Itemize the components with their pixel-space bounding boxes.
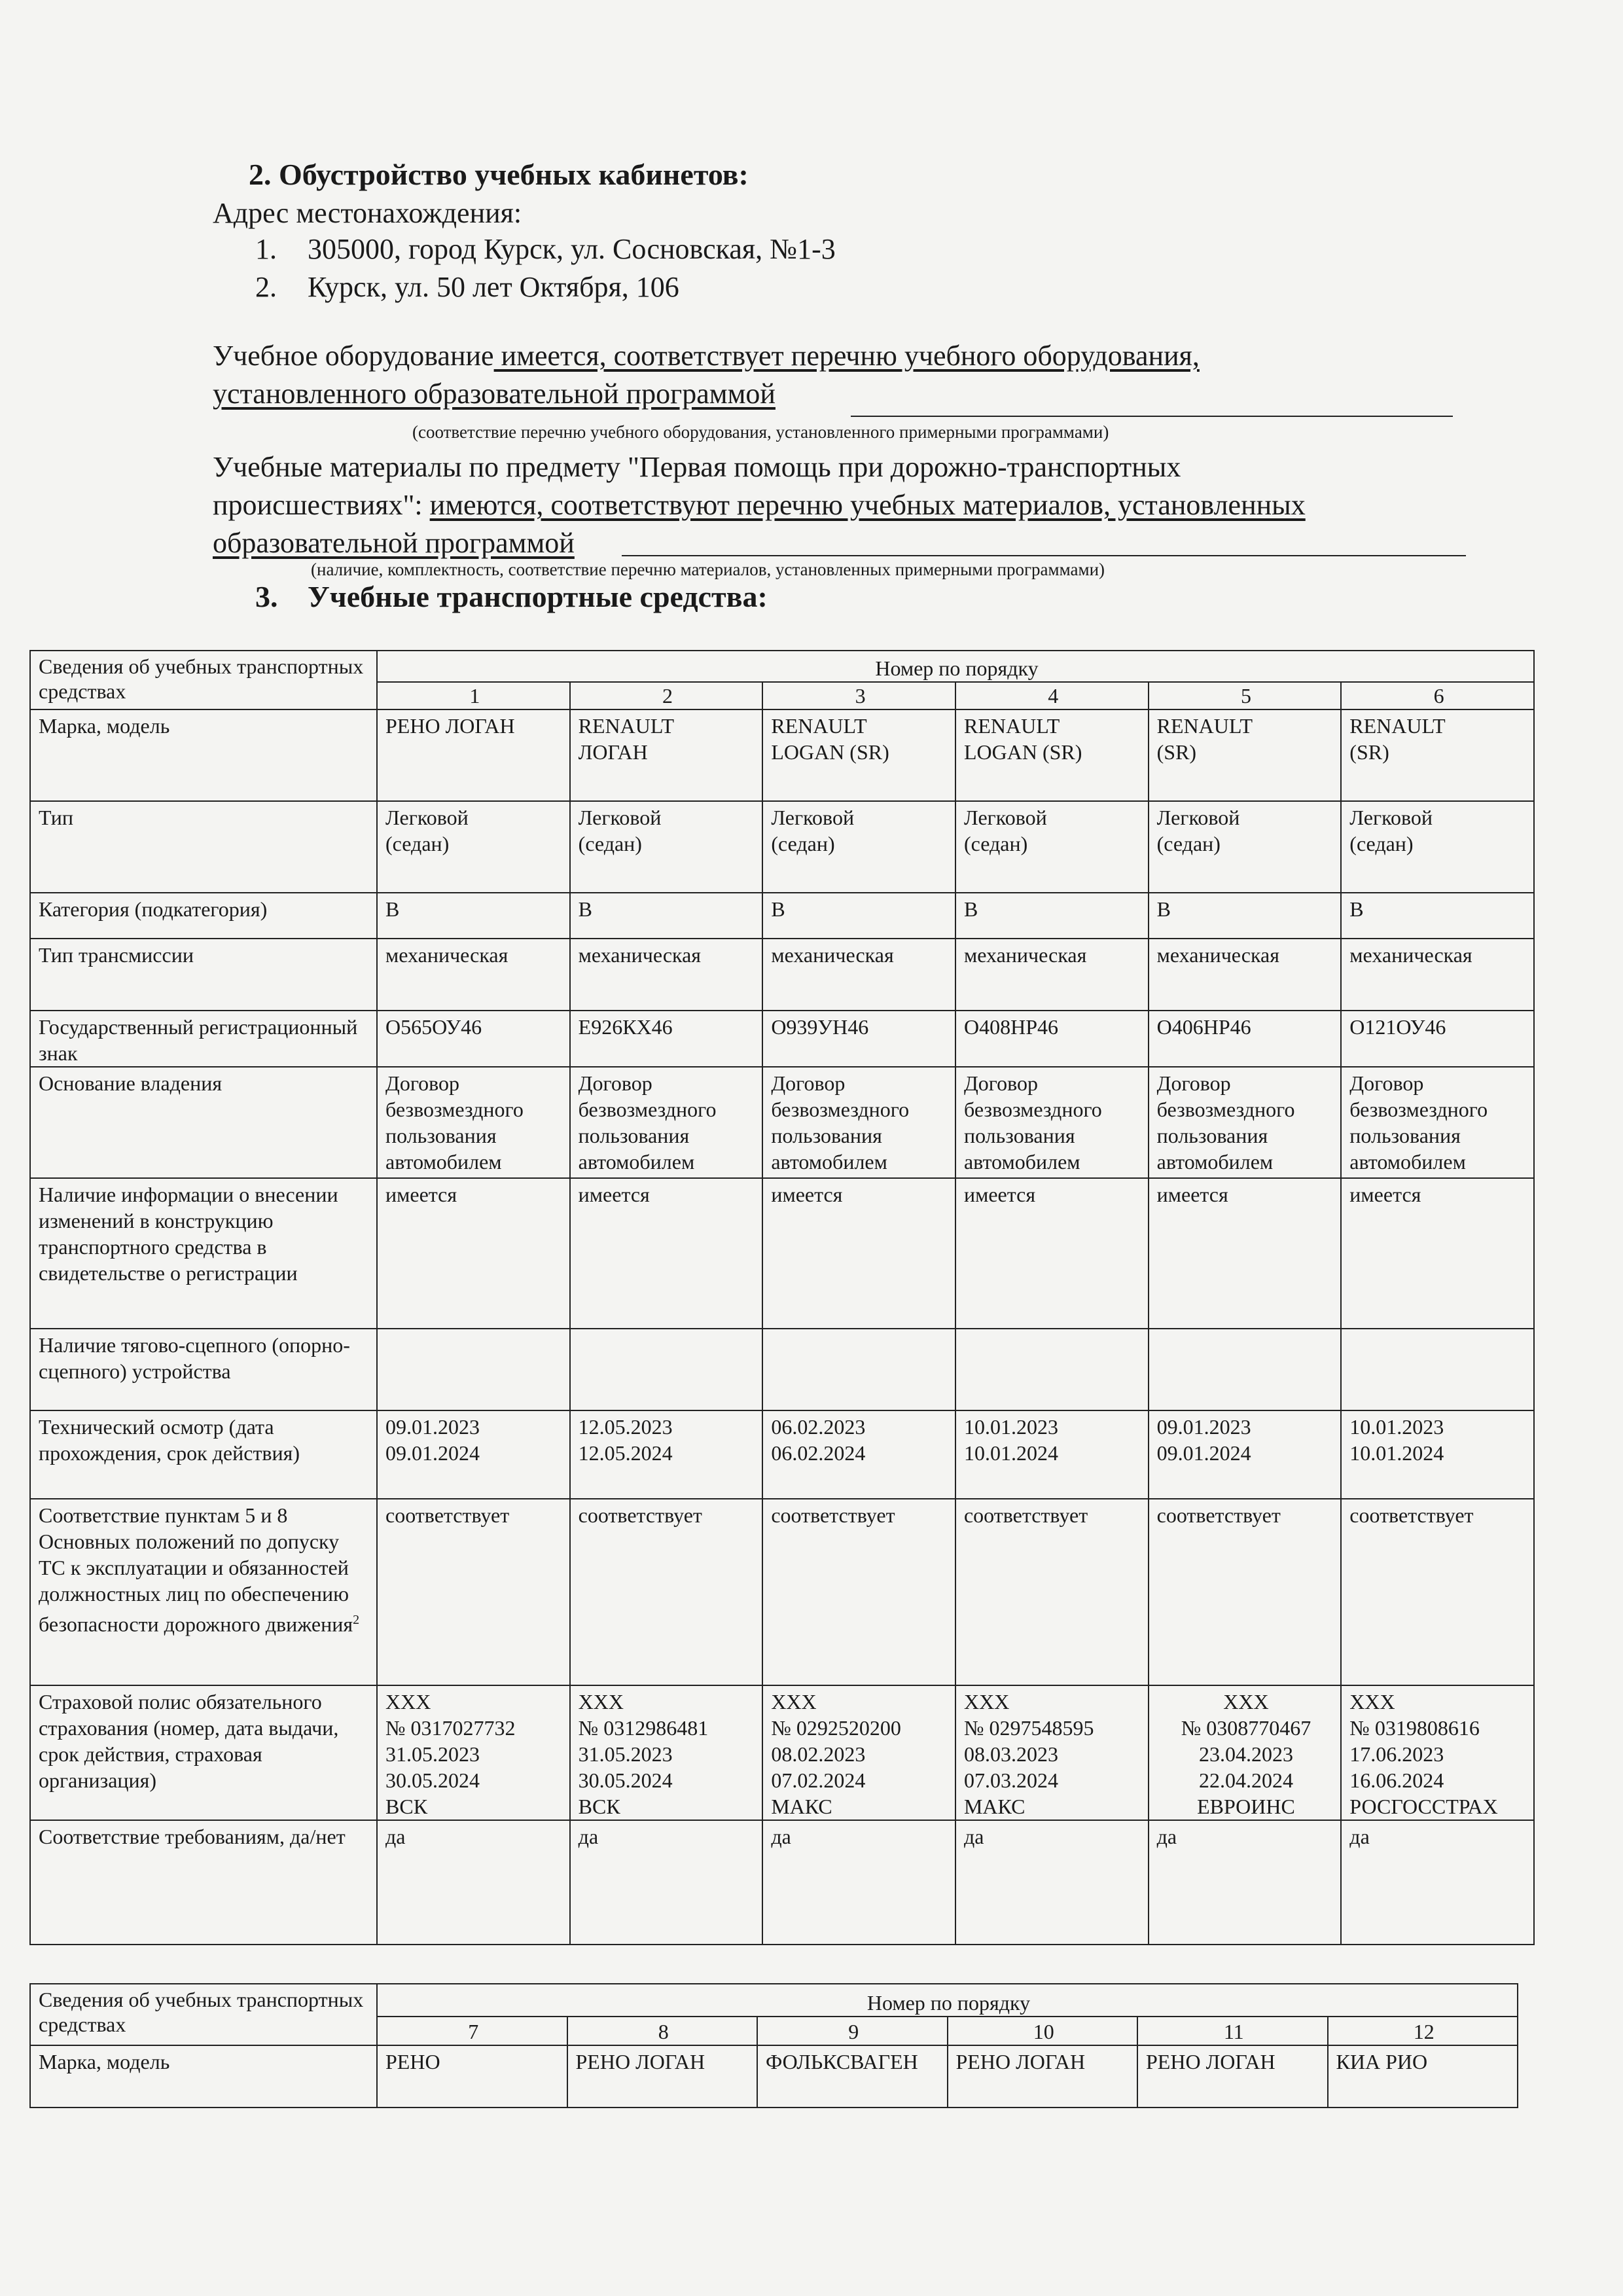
table-cell: да (955, 1820, 1149, 1945)
corner-label: Сведения об учебных транспортных средств… (30, 1984, 377, 2045)
table-cell: RENAULT LOGAN (SR) (762, 709, 955, 801)
table-cell: РЕНО ЛОГАН (948, 2045, 1138, 2108)
corner-label: Сведения об учебных транспортных средств… (30, 651, 377, 709)
table-cell: 10.01.2023 10.01.2024 (955, 1410, 1149, 1499)
row-label: Марка, модель (30, 709, 377, 801)
table-cell: B (1341, 893, 1534, 939)
table-cell: РЕНО (377, 2045, 567, 2108)
column-number: 4 (955, 682, 1149, 709)
table-cell: Договор безвозмездного пользования автом… (570, 1067, 763, 1178)
table-cell: РЕНО ЛОГАН (1137, 2045, 1328, 2108)
table-cell: Договор безвозмездного пользования автом… (1341, 1067, 1534, 1178)
table-row: Категория (подкатегория)BBBBBB (30, 893, 1534, 939)
row-label: Марка, модель (30, 2045, 377, 2108)
table-cell: соответствует (955, 1499, 1149, 1685)
column-number: 7 (377, 2017, 567, 2045)
table-cell: 09.01.2023 09.01.2024 (1149, 1410, 1342, 1499)
row-label: Тип трансмиссии (30, 939, 377, 1011)
column-number: 5 (1149, 682, 1342, 709)
materials-value: имеются, соответствуют перечню учебных м… (430, 489, 1306, 521)
table-cell: Договор безвозмездного пользования автом… (955, 1067, 1149, 1178)
group-header: Номер по порядку (377, 1984, 1518, 2017)
equipment-value: имеется, соответствует перечню учебного … (494, 340, 1200, 372)
table-cell: 06.02.2023 06.02.2024 (762, 1410, 955, 1499)
table-cell: Легковой (седан) (1341, 801, 1534, 893)
table-cell: ХХХ № 0297548595 08.03.2023 07.03.2024 М… (955, 1685, 1149, 1820)
column-number: 8 (567, 2017, 758, 2045)
table-cell: О408НР46 (955, 1011, 1149, 1067)
table-cell: Легковой (седан) (377, 801, 570, 893)
table-cell: RENAULT (SR) (1149, 709, 1342, 801)
row-label: Соответствие пунктам 5 и 8 Основных поло… (30, 1499, 377, 1685)
table-cell: B (762, 893, 955, 939)
table-cell: да (1149, 1820, 1342, 1945)
table-cell: соответствует (1149, 1499, 1342, 1685)
table-cell: имеется (1149, 1178, 1342, 1329)
table-cell: РЕНО ЛОГАН (377, 709, 570, 801)
section-3-heading: 3.Учебные транспортные средства: (255, 579, 768, 614)
column-number: 10 (948, 2017, 1138, 2045)
table-row: Страховой полис обязательного страховани… (30, 1685, 1534, 1820)
table-row: Соответствие требованиям, да/нетдададада… (30, 1820, 1534, 1945)
row-label: Категория (подкатегория) (30, 893, 377, 939)
table-cell: соответствует (1341, 1499, 1534, 1685)
table-cell: Легковой (седан) (1149, 801, 1342, 893)
equipment-statement: Учебное оборудование имеется, соответств… (213, 337, 1200, 413)
vehicles-table-2: Сведения об учебных транспортных средств… (29, 1983, 1518, 2108)
row-label: Тип (30, 801, 377, 893)
footnote-marker: 2 (353, 1613, 359, 1627)
table-cell: Е926КХ46 (570, 1011, 763, 1067)
table-cell: имеется (762, 1178, 955, 1329)
table-cell: B (955, 893, 1149, 939)
column-number: 12 (1328, 2017, 1518, 2045)
table-cell: 10.01.2023 10.01.2024 (1341, 1410, 1534, 1499)
table-row: Марка, модельРЕНОРЕНО ЛОГАНФОЛЬКСВАГЕНРЕ… (30, 2045, 1518, 2108)
table-cell: ФОЛЬКСВАГЕН (757, 2045, 948, 2108)
materials-statement: Учебные материалы по предмету "Первая по… (213, 448, 1456, 562)
table-row: Государственный регистрационный знакО565… (30, 1011, 1534, 1067)
table-cell: имеется (570, 1178, 763, 1329)
section-2-heading: 2. Обустройство учебных кабинетов: (249, 157, 749, 192)
table-row: ТипЛегковой (седан)Легковой (седан)Легко… (30, 801, 1534, 893)
fill-line (622, 555, 1466, 556)
table-cell: ХХХ № 0308770467 23.04.2023 22.04.2024 Е… (1149, 1685, 1342, 1820)
address-list: 1.305000, город Курск, ул. Сосновская, №… (255, 232, 836, 308)
table-row: Технический осмотр (дата прохождения, ср… (30, 1410, 1534, 1499)
address-item: 2.Курск, ул. 50 лет Октября, 106 (255, 270, 836, 308)
column-number: 1 (377, 682, 570, 709)
table-cell: механическая (955, 939, 1149, 1011)
table-cell: Договор безвозмездного пользования автом… (1149, 1067, 1342, 1178)
table-row: Тип трансмиссиимеханическаямеханическаям… (30, 939, 1534, 1011)
table-cell: Легковой (седан) (762, 801, 955, 893)
table-cell (762, 1329, 955, 1410)
table-cell: соответствует (570, 1499, 763, 1685)
table-row: Наличие информации о внесении изменений … (30, 1178, 1534, 1329)
table-cell: B (1149, 893, 1342, 939)
table-cell: РЕНО ЛОГАН (567, 2045, 758, 2108)
table-cell: имеется (377, 1178, 570, 1329)
table-cell: да (762, 1820, 955, 1945)
row-label: Страховой полис обязательного страховани… (30, 1685, 377, 1820)
table-cell: Легковой (седан) (570, 801, 763, 893)
table-cell: B (377, 893, 570, 939)
table-cell: 09.01.2023 09.01.2024 (377, 1410, 570, 1499)
table-cell (377, 1329, 570, 1410)
table-row: Марка, модельРЕНО ЛОГАНRENAULT ЛОГАНRENA… (30, 709, 1534, 801)
table-cell: механическая (1149, 939, 1342, 1011)
table-cell: Договор безвозмездного пользования автом… (762, 1067, 955, 1178)
table-cell (1149, 1329, 1342, 1410)
table-cell (955, 1329, 1149, 1410)
table-cell: ХХХ № 0317027732 31.05.2023 30.05.2024 В… (377, 1685, 570, 1820)
table-cell: Договор безвозмездного пользования автом… (377, 1067, 570, 1178)
column-number: 6 (1341, 682, 1534, 709)
column-number: 2 (570, 682, 763, 709)
row-label: Государственный регистрационный знак (30, 1011, 377, 1067)
table-cell (1341, 1329, 1534, 1410)
column-number: 11 (1137, 2017, 1328, 2045)
materials-hint: (наличие, комплектность, соответствие пе… (311, 560, 1105, 580)
document-page: 2. Обустройство учебных кабинетов: Адрес… (0, 0, 1623, 2296)
table-cell: RENAULT (SR) (1341, 709, 1534, 801)
address-label: Адрес местонахождения: (213, 196, 522, 230)
table-cell: механическая (377, 939, 570, 1011)
table-cell: RENAULT LOGAN (SR) (955, 709, 1149, 801)
row-label: Технический осмотр (дата прохождения, ср… (30, 1410, 377, 1499)
table-cell: О121ОУ46 (1341, 1011, 1534, 1067)
table-cell: КИА РИО (1328, 2045, 1518, 2108)
vehicles-table-1: Сведения об учебных транспортных средств… (29, 650, 1535, 1945)
table-cell (570, 1329, 763, 1410)
table-cell: механическая (1341, 939, 1534, 1011)
table-cell: ХХХ № 0319808616 17.06.2023 16.06.2024 Р… (1341, 1685, 1534, 1820)
equipment-hint: (соответствие перечню учебного оборудова… (412, 422, 1109, 442)
table-cell: ХХХ № 0312986481 31.05.2023 30.05.2024 В… (570, 1685, 763, 1820)
table-cell: B (570, 893, 763, 939)
table-cell: 12.05.2023 12.05.2024 (570, 1410, 763, 1499)
column-number: 3 (762, 682, 955, 709)
address-item: 1.305000, город Курск, ул. Сосновская, №… (255, 232, 836, 270)
row-label: Основание владения (30, 1067, 377, 1178)
fill-line (851, 416, 1453, 417)
row-label: Наличие тягово-сцепного (опорно-сцепного… (30, 1329, 377, 1410)
table-cell: да (1341, 1820, 1534, 1945)
table-cell: Легковой (седан) (955, 801, 1149, 893)
table-cell: да (377, 1820, 570, 1945)
column-number: 9 (757, 2017, 948, 2045)
row-label: Соответствие требованиям, да/нет (30, 1820, 377, 1945)
table-cell: да (570, 1820, 763, 1945)
table-cell: О565ОУ46 (377, 1011, 570, 1067)
group-header: Номер по порядку (377, 651, 1534, 682)
table-cell: соответствует (377, 1499, 570, 1685)
table-cell: ХХХ № 0292520200 08.02.2023 07.02.2024 М… (762, 1685, 955, 1820)
row-label: Наличие информации о внесении изменений … (30, 1178, 377, 1329)
table-row: Основание владенияДоговор безвозмездного… (30, 1067, 1534, 1178)
table-row: Соответствие пунктам 5 и 8 Основных поло… (30, 1499, 1534, 1685)
table-cell: механическая (570, 939, 763, 1011)
table-cell: RENAULT ЛОГАН (570, 709, 763, 801)
table-cell: имеется (955, 1178, 1149, 1329)
table-row: Наличие тягово-сцепного (опорно-сцепного… (30, 1329, 1534, 1410)
table-cell: механическая (762, 939, 955, 1011)
table-cell: О939УН46 (762, 1011, 955, 1067)
table-cell: О406НР46 (1149, 1011, 1342, 1067)
table-cell: имеется (1341, 1178, 1534, 1329)
table-cell: соответствует (762, 1499, 955, 1685)
